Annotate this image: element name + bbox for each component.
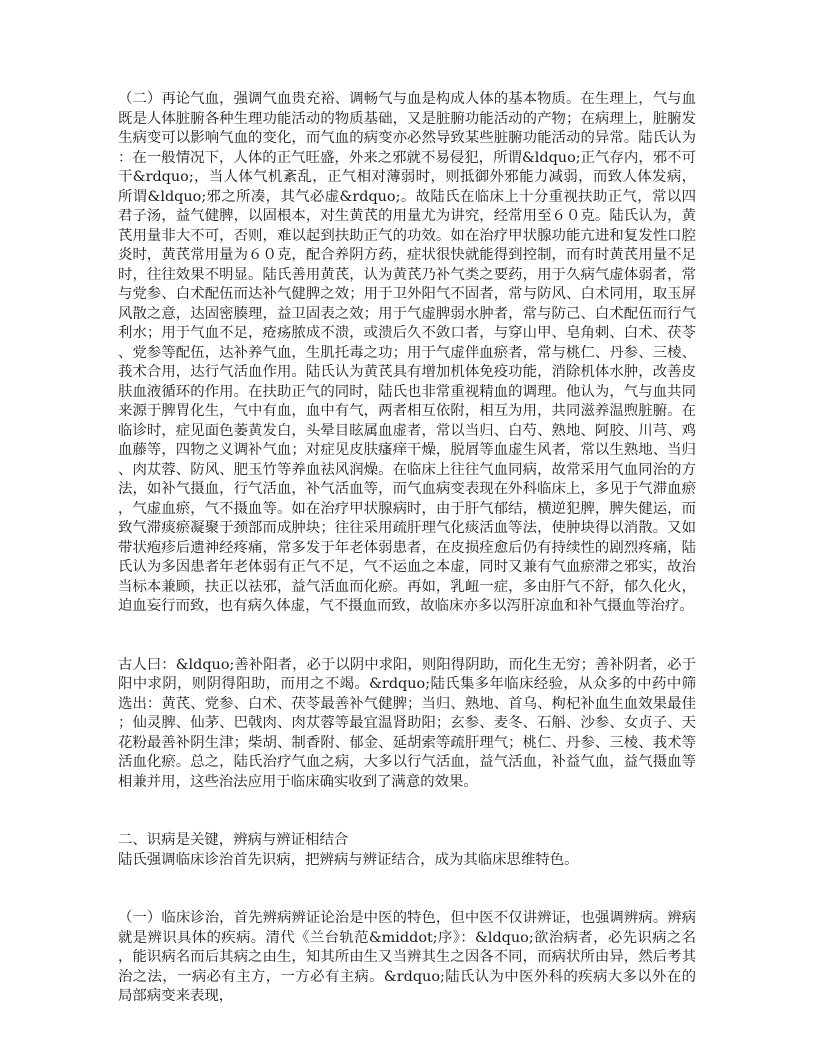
- paragraph-ancient-saying: 古人曰：&ldquo;善补阳者，必于以阴中求阳，则阳得阴助，而化生无穷；善补阴者…: [118, 656, 696, 793]
- document-page: （二）再论气血，强调气血贵充裕、调畅气与血是构成人体的基本物质。在生理上，气与血…: [118, 90, 696, 1007]
- paragraph-spacer: [118, 792, 696, 831]
- paragraph-spacer: [118, 617, 696, 656]
- paragraph-qi-blood: （二）再论气血，强调气血贵充裕、调畅气与血是构成人体的基本物质。在生理上，气与血…: [118, 90, 696, 617]
- paragraph-spacer: [118, 870, 696, 909]
- section-intro: 陆氏强调临床诊治首先识病，把辨病与辨证结合，成为其临床思维特色。: [118, 851, 696, 871]
- paragraph-diagnosis: （一）临床诊治，首先辨病辨证论治是中医的特色，但中医不仅讲辨证，也强调辨病。辨病…: [118, 909, 696, 1007]
- section-heading: 二、识病是关键，辨病与辨证相结合: [118, 831, 696, 851]
